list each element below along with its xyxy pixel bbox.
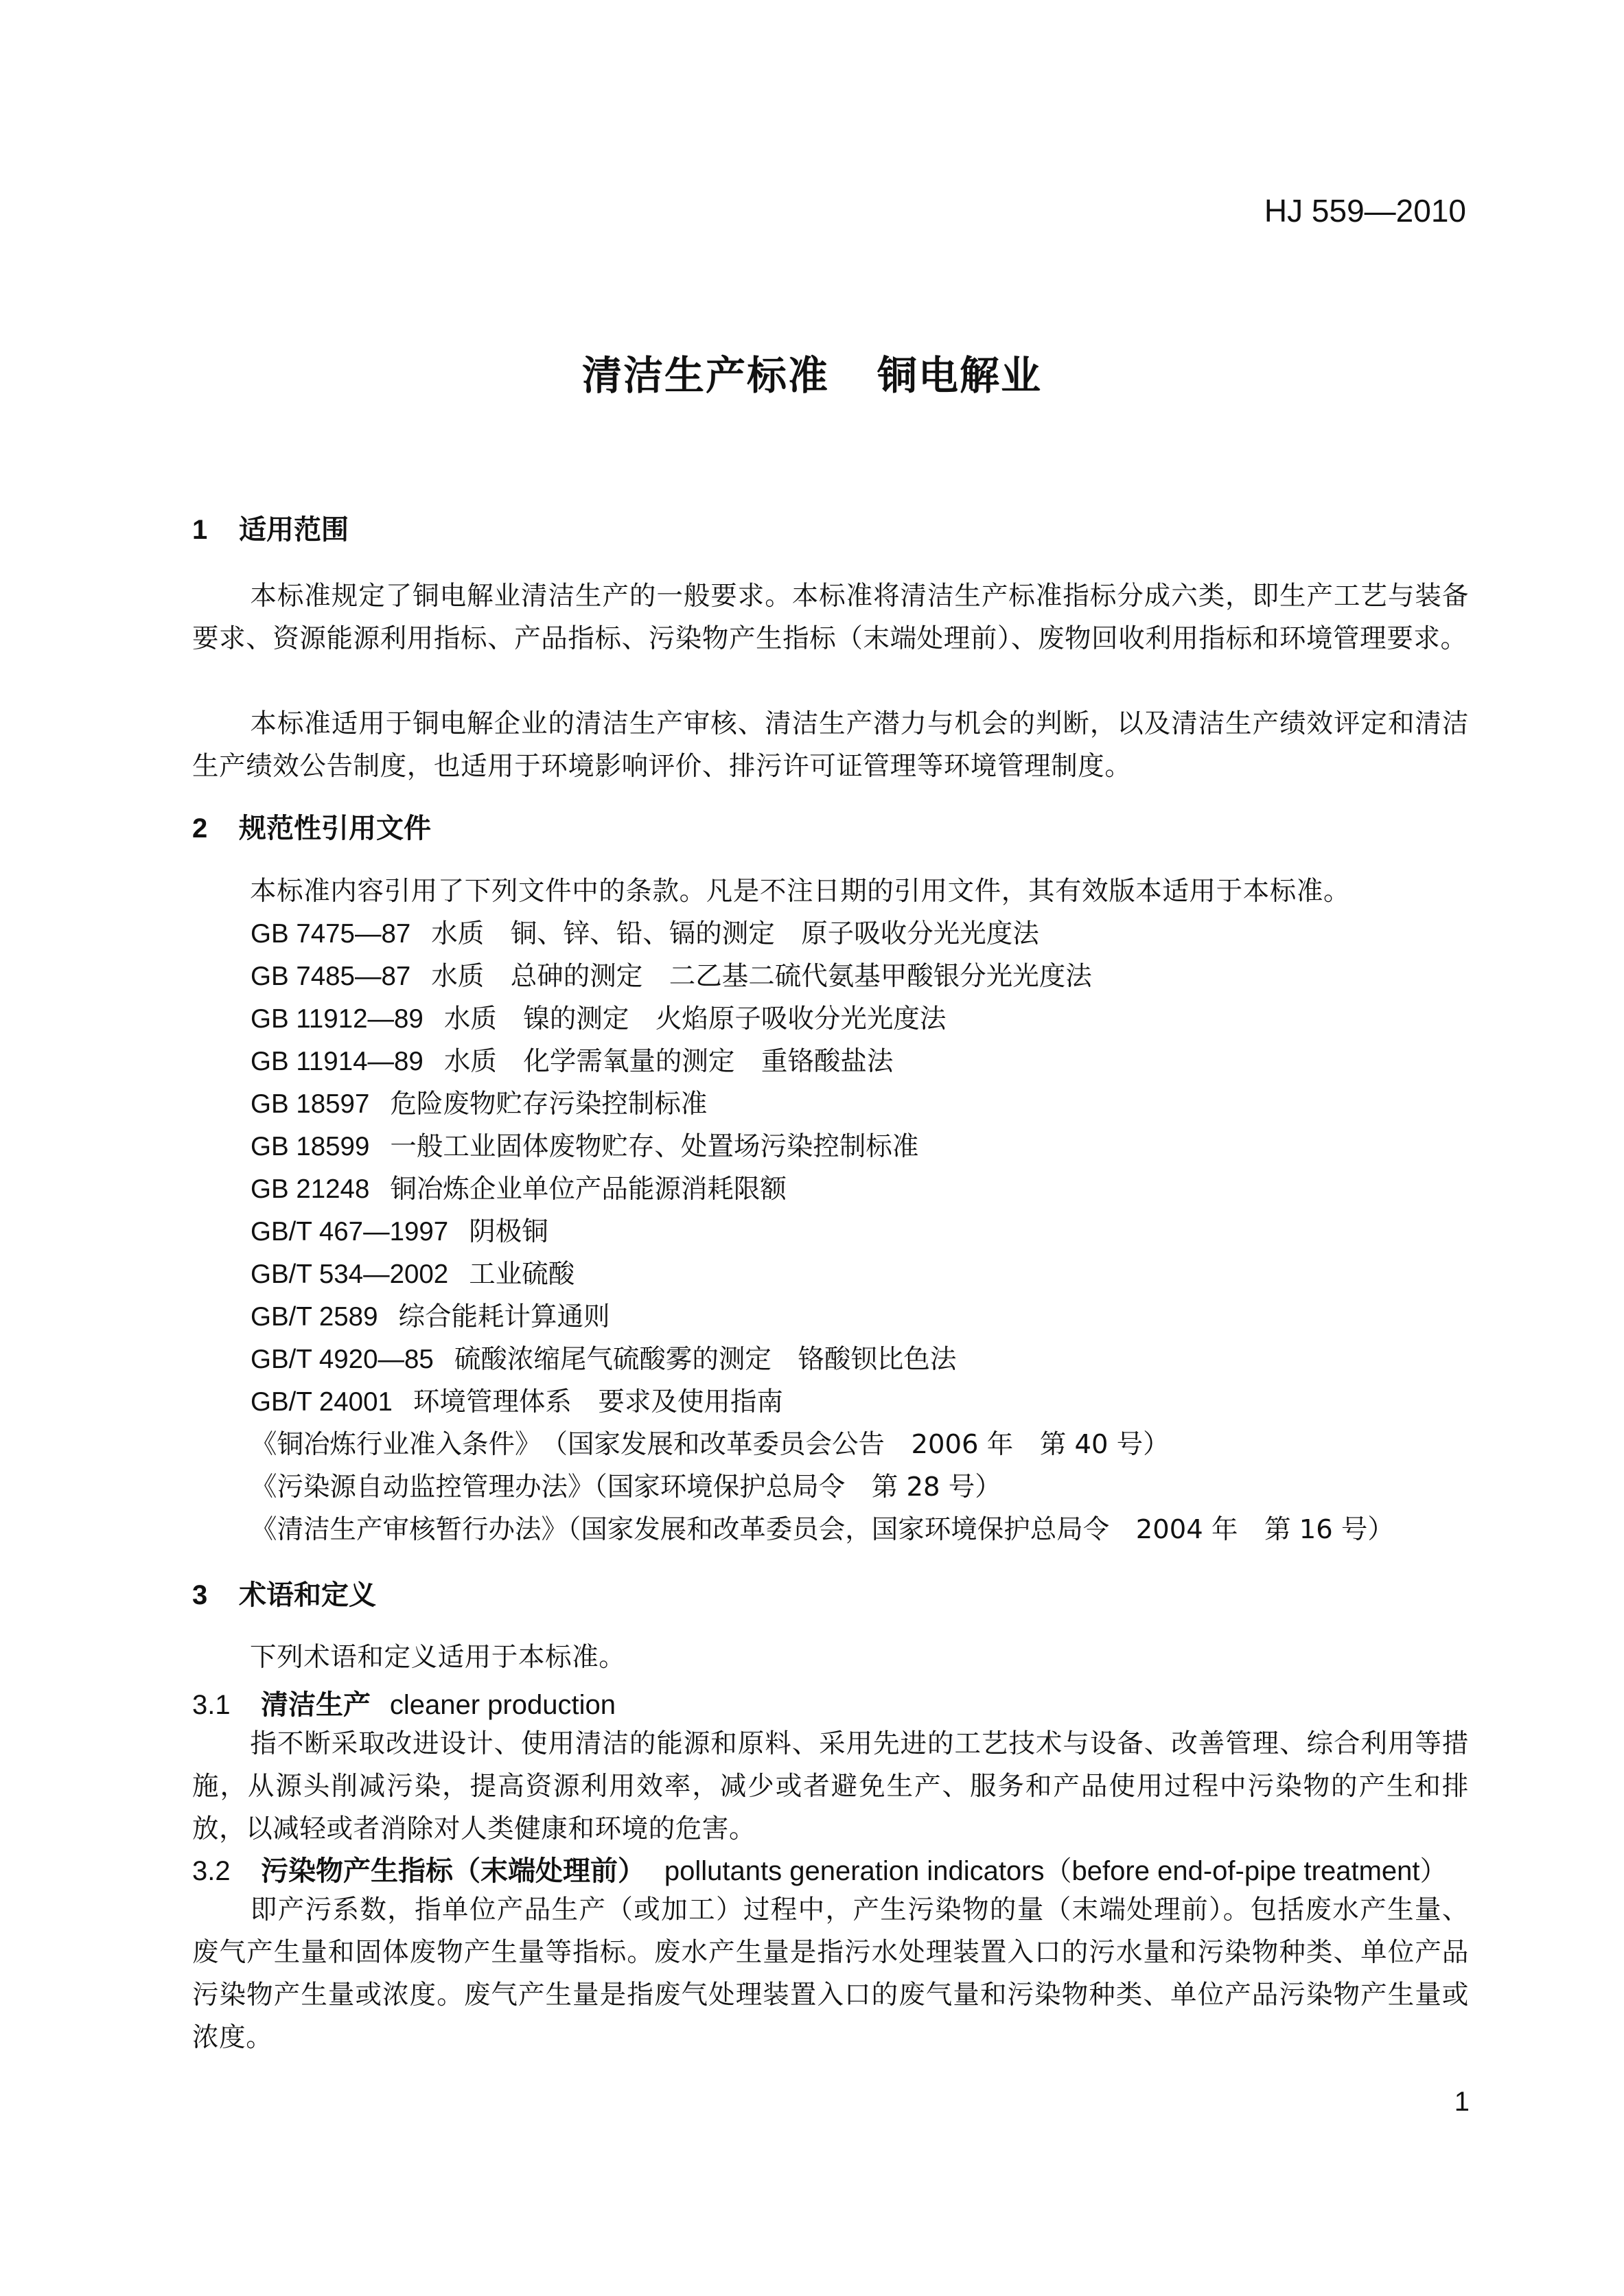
page-title: 清洁生产标准铜电解业: [0, 343, 1624, 401]
reference-item: GB 7475—87水质 铜、锌、铅、镉的测定 原子吸收分光光度法: [251, 913, 1039, 951]
regulation-item: 《铜冶炼行业准入条件》 （国家发展和改革委员会公告 2006 年 第 40 号）: [251, 1424, 1170, 1461]
reference-item: GB/T 24001环境管理体系 要求及使用指南: [251, 1381, 783, 1419]
regulation-item: 《清洁生产审核暂行办法》（国家发展和改革委员会，国家环境保护总局令 2004 年…: [251, 1509, 1394, 1546]
section-2-intro: 本标准内容引用了下列文件中的条款。凡是不注日期的引用文件，其有效版本适用于本标准…: [192, 870, 1469, 913]
regulation-item: 《污染源自动监控管理办法》（国家环境保护总局令 第 28 号）: [251, 1466, 1001, 1504]
title-part-2: 铜电解业: [877, 352, 1042, 399]
reference-item: GB/T 2589综合能耗计算通则: [251, 1296, 610, 1334]
term-3-2-heading: 3.2污染物产生指标（末端处理前） pollutants generation …: [192, 1849, 1448, 1888]
term-3-2-definition: 即产污系数，指单位产品生产（或加工）过程中，产生污染物的量（末端处理前）。包括废…: [192, 1889, 1469, 2059]
page-number: 1: [1454, 2087, 1470, 2118]
reference-item: GB/T 4920—85硫酸浓缩尾气硫酸雾的测定 铬酸钡比色法: [251, 1338, 956, 1376]
reference-item: GB 18599一般工业固体废物贮存、处置场污染控制标准: [251, 1126, 918, 1163]
reference-item: GB/T 534—2002工业硫酸: [251, 1253, 575, 1291]
standard-code: HJ 559—2010: [1264, 192, 1466, 229]
term-3-1-definition: 指不断采取改进设计、使用清洁的能源和原料、采用先进的工艺技术与设备、改善管理、综…: [192, 1723, 1469, 1851]
section-2-heading: 2规范性引用文件: [192, 807, 431, 846]
term-3-1-heading: 3.1清洁生产 cleaner production: [192, 1683, 616, 1722]
reference-item: GB/T 467—1997阴极铜: [251, 1211, 548, 1249]
section-1-paragraph-1: 本标准规定了铜电解业清洁生产的一般要求。本标准将清洁生产标准指标分成六类，即生产…: [192, 575, 1469, 660]
section-1-paragraph-2: 本标准适用于铜电解企业的清洁生产审核、清洁生产潜力与机会的判断，以及清洁生产绩效…: [192, 703, 1469, 788]
title-part-1: 清洁生产标准: [582, 352, 829, 399]
section-1-heading: 1适用范围: [192, 508, 349, 547]
section-3-intro: 下列术语和定义适用于本标准。: [192, 1636, 1469, 1679]
reference-item: GB 18597危险废物贮存污染控制标准: [251, 1083, 707, 1121]
reference-item: GB 11914—89水质 化学需氧量的测定 重铬酸盐法: [251, 1041, 893, 1078]
section-3-heading: 3术语和定义: [192, 1573, 376, 1612]
reference-item: GB 11912—89水质 镍的测定 火焰原子吸收分光光度法: [251, 998, 946, 1036]
reference-item: GB 21248铜冶炼企业单位产品能源消耗限额: [251, 1168, 787, 1206]
reference-item: GB 7485—87水质 总砷的测定 二乙基二硫代氨基甲酸银分光光度法: [251, 955, 1092, 993]
